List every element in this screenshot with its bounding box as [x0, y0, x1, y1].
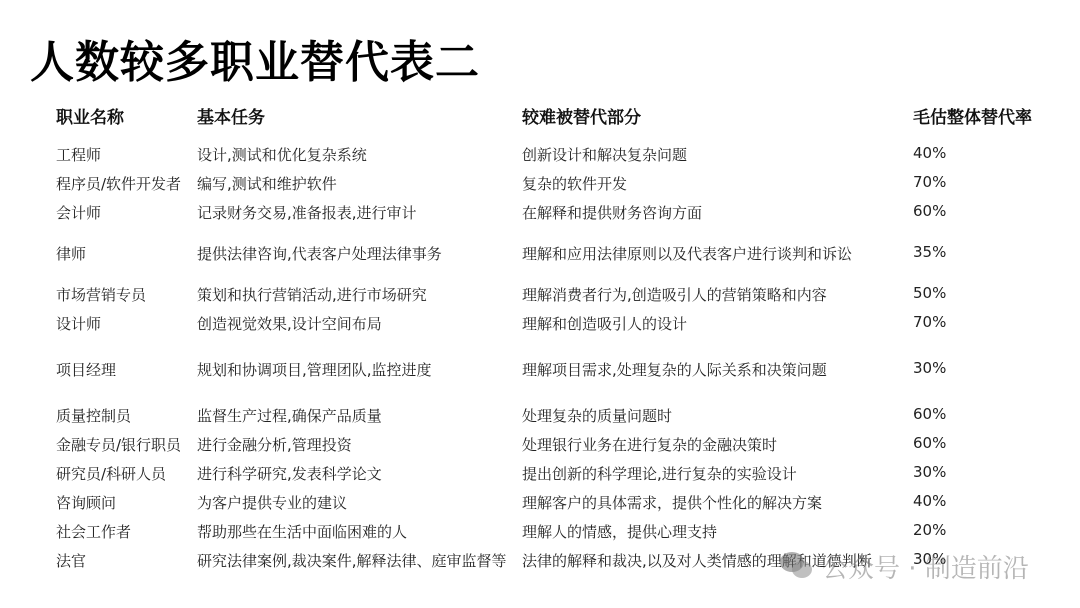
cell-tasks: 帮助那些在生活中面临困难的人 [197, 521, 407, 542]
cell-rate: 30% [913, 359, 946, 377]
header-rate: 毛估整体替代率 [913, 103, 1032, 128]
cell-tasks: 为客户提供专业的建议 [197, 492, 347, 513]
cell-tasks: 策划和执行营销活动,进行市场研究 [197, 284, 427, 305]
header-occupation: 职业名称 [56, 103, 124, 128]
cell-tasks: 提供法律咨询,代表客户处理法律事务 [197, 243, 442, 264]
cell-tasks: 创造视觉效果,设计空间布局 [197, 313, 382, 334]
cell-rate: 60% [913, 434, 946, 452]
cell-occupation: 程序员/软件开发者 [56, 173, 181, 194]
cell-rate: 60% [913, 405, 946, 423]
header-tasks: 基本任务 [197, 103, 265, 128]
page-title: 人数较多职业替代表二 [30, 26, 480, 90]
wechat-icon [780, 552, 814, 582]
cell-rate: 70% [913, 313, 946, 331]
cell-hard-part: 理解项目需求,处理复杂的人际关系和决策问题 [522, 359, 827, 380]
header-hard-part: 较难被替代部分 [522, 103, 641, 128]
cell-occupation: 质量控制员 [56, 405, 131, 426]
cell-tasks: 监督生产过程,确保产品质量 [197, 405, 382, 426]
cell-occupation: 项目经理 [56, 359, 116, 380]
cell-rate: 40% [913, 492, 946, 510]
cell-rate: 20% [913, 521, 946, 539]
cell-hard-part: 处理复杂的质量问题时 [522, 405, 672, 426]
cell-hard-part: 理解人的情感，提供心理支持 [522, 521, 717, 542]
cell-rate: 70% [913, 173, 946, 191]
cell-occupation: 金融专员/银行职员 [56, 434, 181, 455]
cell-hard-part: 复杂的软件开发 [522, 173, 627, 194]
cell-tasks: 研究法律案例,裁决案件,解释法律、庭审监督等 [197, 550, 507, 571]
cell-occupation: 研究员/科研人员 [56, 463, 166, 484]
cell-rate: 60% [913, 202, 946, 220]
cell-hard-part: 理解和应用法律原则以及代表客户进行谈判和诉讼 [522, 243, 852, 264]
cell-rate: 40% [913, 144, 946, 162]
cell-hard-part: 处理银行业务在进行复杂的金融决策时 [522, 434, 777, 455]
cell-occupation: 工程师 [56, 144, 101, 165]
cell-occupation: 市场营销专员 [56, 284, 146, 305]
cell-rate: 30% [913, 463, 946, 481]
cell-hard-part: 理解消费者行为,创造吸引人的营销策略和内容 [522, 284, 827, 305]
cell-hard-part: 理解客户的具体需求，提供个性化的解决方案 [522, 492, 822, 513]
cell-rate: 50% [913, 284, 946, 302]
cell-hard-part: 创新设计和解决复杂问题 [522, 144, 687, 165]
cell-tasks: 规划和协调项目,管理团队,监控进度 [197, 359, 432, 380]
cell-tasks: 记录财务交易,准备报表,进行审计 [197, 202, 417, 223]
cell-occupation: 设计师 [56, 313, 101, 334]
cell-occupation: 律师 [56, 243, 86, 264]
cell-occupation: 社会工作者 [56, 521, 131, 542]
cell-occupation: 咨询顾问 [56, 492, 116, 513]
cell-hard-part: 提出创新的科学理论,进行复杂的实验设计 [522, 463, 797, 484]
cell-hard-part: 理解和创造吸引人的设计 [522, 313, 687, 334]
cell-tasks: 进行金融分析,管理投资 [197, 434, 352, 455]
cell-tasks: 设计,测试和优化复杂系统 [197, 144, 367, 165]
cell-rate: 35% [913, 243, 946, 261]
watermark-text: 公众号 · 制造前沿 [822, 548, 1029, 585]
cell-occupation: 会计师 [56, 202, 101, 223]
watermark: 公众号 · 制造前沿 [780, 548, 1029, 585]
cell-hard-part: 在解释和提供财务咨询方面 [522, 202, 702, 223]
cell-tasks: 进行科学研究,发表科学论文 [197, 463, 382, 484]
cell-tasks: 编写,测试和维护软件 [197, 173, 337, 194]
cell-occupation: 法官 [56, 550, 86, 571]
